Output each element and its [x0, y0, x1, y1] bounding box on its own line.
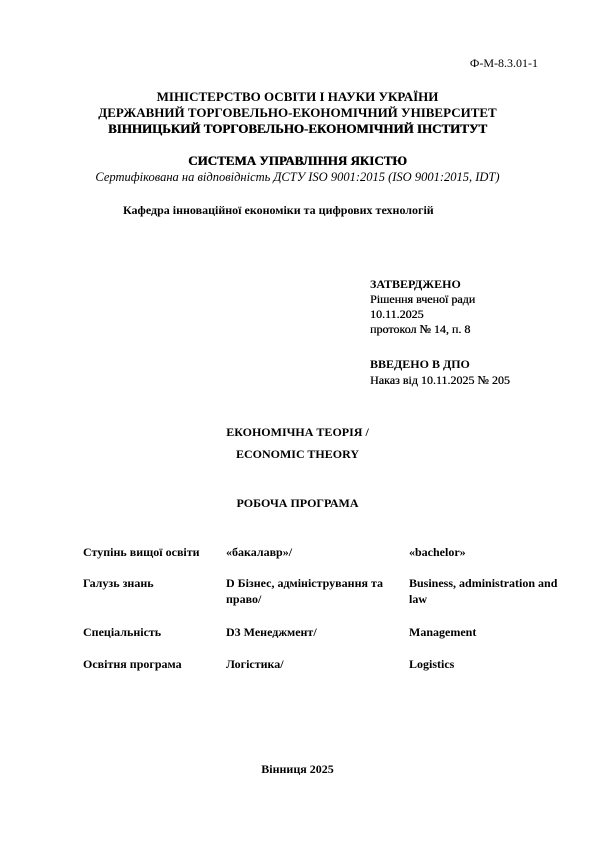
form-code: Ф-М-8.3.01-1: [470, 56, 538, 71]
introduced-label: ВВЕДЕНО В ДПО: [370, 356, 470, 372]
detail-label: Галузь знань: [83, 575, 154, 591]
detail-value-en: «bachelor»: [409, 544, 466, 560]
department-name: Кафедра інноваційної економіки та цифров…: [123, 203, 434, 218]
institute-name: ВІННИЦЬКИЙ ТОРГОВЕЛЬНО-ЕКОНОМІЧНИЙ ІНСТИ…: [0, 121, 595, 137]
qms-certification: Сертифікована на відповідність ДСТУ ISO …: [0, 170, 595, 185]
detail-label: Спеціальність: [83, 624, 161, 640]
detail-value-en: Logistics: [409, 656, 454, 672]
approval-date: 10.11.2025: [370, 306, 424, 322]
ministry-name: МІНІСТЕРСТВО ОСВІТИ І НАУКИ УКРАЇНИ: [0, 89, 595, 105]
detail-value-ua: «бакалавр»/: [226, 544, 292, 560]
city-year: Вінниця 2025: [0, 762, 595, 777]
detail-value-ua: Логістика/: [226, 656, 284, 672]
detail-value-en: Management: [409, 624, 476, 640]
detail-value-en: Business, administration and law: [409, 575, 557, 607]
document-type: РОБОЧА ПРОГРАМА: [0, 496, 595, 511]
approved-label: ЗАТВЕРДЖЕНО: [370, 276, 461, 292]
protocol-number: протокол № 14, п. 8: [370, 321, 470, 337]
council-decision: Рішення вченої ради: [370, 291, 475, 307]
university-name: ДЕРЖАВНИЙ ТОРГОВЕЛЬНО-ЕКОНОМІЧНИЙ УНІВЕР…: [0, 105, 595, 121]
order-reference: Наказ від 10.11.2025 № 205: [370, 372, 510, 388]
detail-label: Освітня програма: [83, 656, 182, 672]
detail-value-ua: D Бізнес, адміністрування та право/: [226, 575, 383, 607]
qms-title: СИСТЕМА УПРАВЛІННЯ ЯКІСТЮ: [0, 153, 595, 169]
detail-label: Ступінь вищої освіти: [83, 544, 200, 560]
course-title-ua: ЕКОНОМІЧНА ТЕОРІЯ /: [0, 425, 595, 440]
detail-value-ua: D3 Менеджмент/: [226, 624, 317, 640]
course-title-en: ECONOMIC THEORY: [0, 447, 595, 462]
